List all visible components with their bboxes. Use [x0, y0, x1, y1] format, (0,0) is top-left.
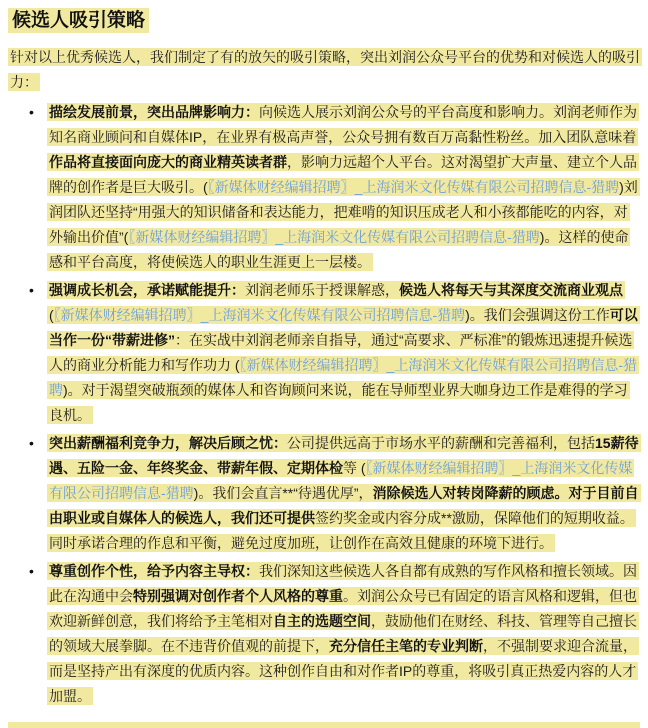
body-text: )。我们会直言**“待遇优厚”， — [194, 485, 373, 501]
bullet-marker-icon: • — [29, 559, 34, 584]
bold-text: 自主的选题空间 — [273, 613, 371, 629]
body-text: )。我们会强调这份工作 — [465, 307, 610, 323]
job-posting-link[interactable]: 〖新媒体财经编辑招聘〗_上海润米文化传媒有限公司招聘信息-猎聘 — [54, 307, 465, 323]
page-title-text: 候选人吸引策略 — [8, 8, 149, 33]
bullet-item: •尊重创作个性，给予内容主导权：我们深知这些候选人各自都有成熟的写作风格和擅长领… — [8, 559, 640, 709]
bullet-list: •描绘发展前景，突出品牌影响力：向候选人展示刘润公众号的平台高度和影响力。刘润老… — [8, 100, 640, 709]
bold-text: 作品将直接面向庞大的商业精英读者群 — [49, 154, 287, 170]
body-text: 公司提供远高于市场水平的薪酬和完善福利，包括 — [287, 435, 595, 451]
highlighted-text-block: 尊重创作个性，给予内容主导权：我们深知这些候选人各自都有成熟的写作风格和擅长领域… — [47, 562, 639, 705]
bold-text: 描绘发展前景，突出品牌影响力： — [49, 104, 259, 120]
bold-text: 特别强调对创作者个人风格的尊重 — [133, 588, 343, 604]
next-section-cutoff-bar — [8, 722, 640, 728]
body-text: 刘润老师乐于授课解惑， — [245, 282, 399, 298]
bold-text: 尊重创作个性，给予内容主导权： — [49, 563, 259, 579]
highlighted-text-block: 描绘发展前景，突出品牌影响力：向候选人展示刘润公众号的平台高度和影响力。刘润老师… — [47, 103, 640, 271]
highlighted-text-block: 强调成长机会，承诺赋能提升：刘润老师乐于授课解惑，候选人将每天与其深度交流商业观… — [47, 281, 640, 424]
body-text: 等 ( — [343, 460, 366, 476]
bullet-item: •描绘发展前景，突出品牌影响力：向候选人展示刘润公众号的平台高度和影响力。刘润老… — [8, 100, 640, 275]
bullet-marker-icon: • — [29, 100, 34, 125]
intro-text: 针对以上优秀候选人，我们制定了有的放矢的吸引策略，突出刘润公众号平台的优势和对候… — [8, 48, 642, 91]
bold-text: 突出薪酬福利竞争力，解决后顾之忧： — [49, 435, 287, 451]
job-posting-link[interactable]: 〖新媒体财经编辑招聘〗_上海润米文化传媒有限公司招聘信息-猎聘 — [128, 229, 539, 245]
intro-paragraph: 针对以上优秀候选人，我们制定了有的放矢的吸引策略，突出刘润公众号平台的优势和对候… — [8, 45, 640, 95]
bold-text: 候选人将每天与其深度交流商业观点 — [399, 282, 623, 298]
job-posting-link[interactable]: 〖新媒体财经编辑招聘〗_上海润米文化传媒有限公司招聘信息-猎聘 — [208, 179, 619, 195]
bold-text: 充分信任主笔的专业判断 — [329, 638, 483, 654]
document-page: 候选人吸引策略 针对以上优秀候选人，我们制定了有的放矢的吸引策略，突出刘润公众号… — [0, 0, 648, 728]
bullet-item: •突出薪酬福利竞争力，解决后顾之忧：公司提供远高于市场水平的薪酬和完善福利，包括… — [8, 431, 640, 556]
page-title: 候选人吸引策略 — [8, 8, 640, 34]
body-text: )。对于渴望突破瓶颈的媒体人和咨询顾问来说，能在导师型业界大咖身边工作是难得的学… — [49, 382, 628, 423]
bullet-marker-icon: • — [29, 431, 34, 456]
bullet-marker-icon: • — [29, 278, 34, 303]
highlighted-text-block: 突出薪酬福利竞争力，解决后顾之忧：公司提供远高于市场水平的薪酬和完善福利，包括1… — [47, 434, 641, 552]
bold-text: 强调成长机会，承诺赋能提升： — [49, 282, 245, 298]
bullet-item: •强调成长机会，承诺赋能提升：刘润老师乐于授课解惑，候选人将每天与其深度交流商业… — [8, 278, 640, 428]
